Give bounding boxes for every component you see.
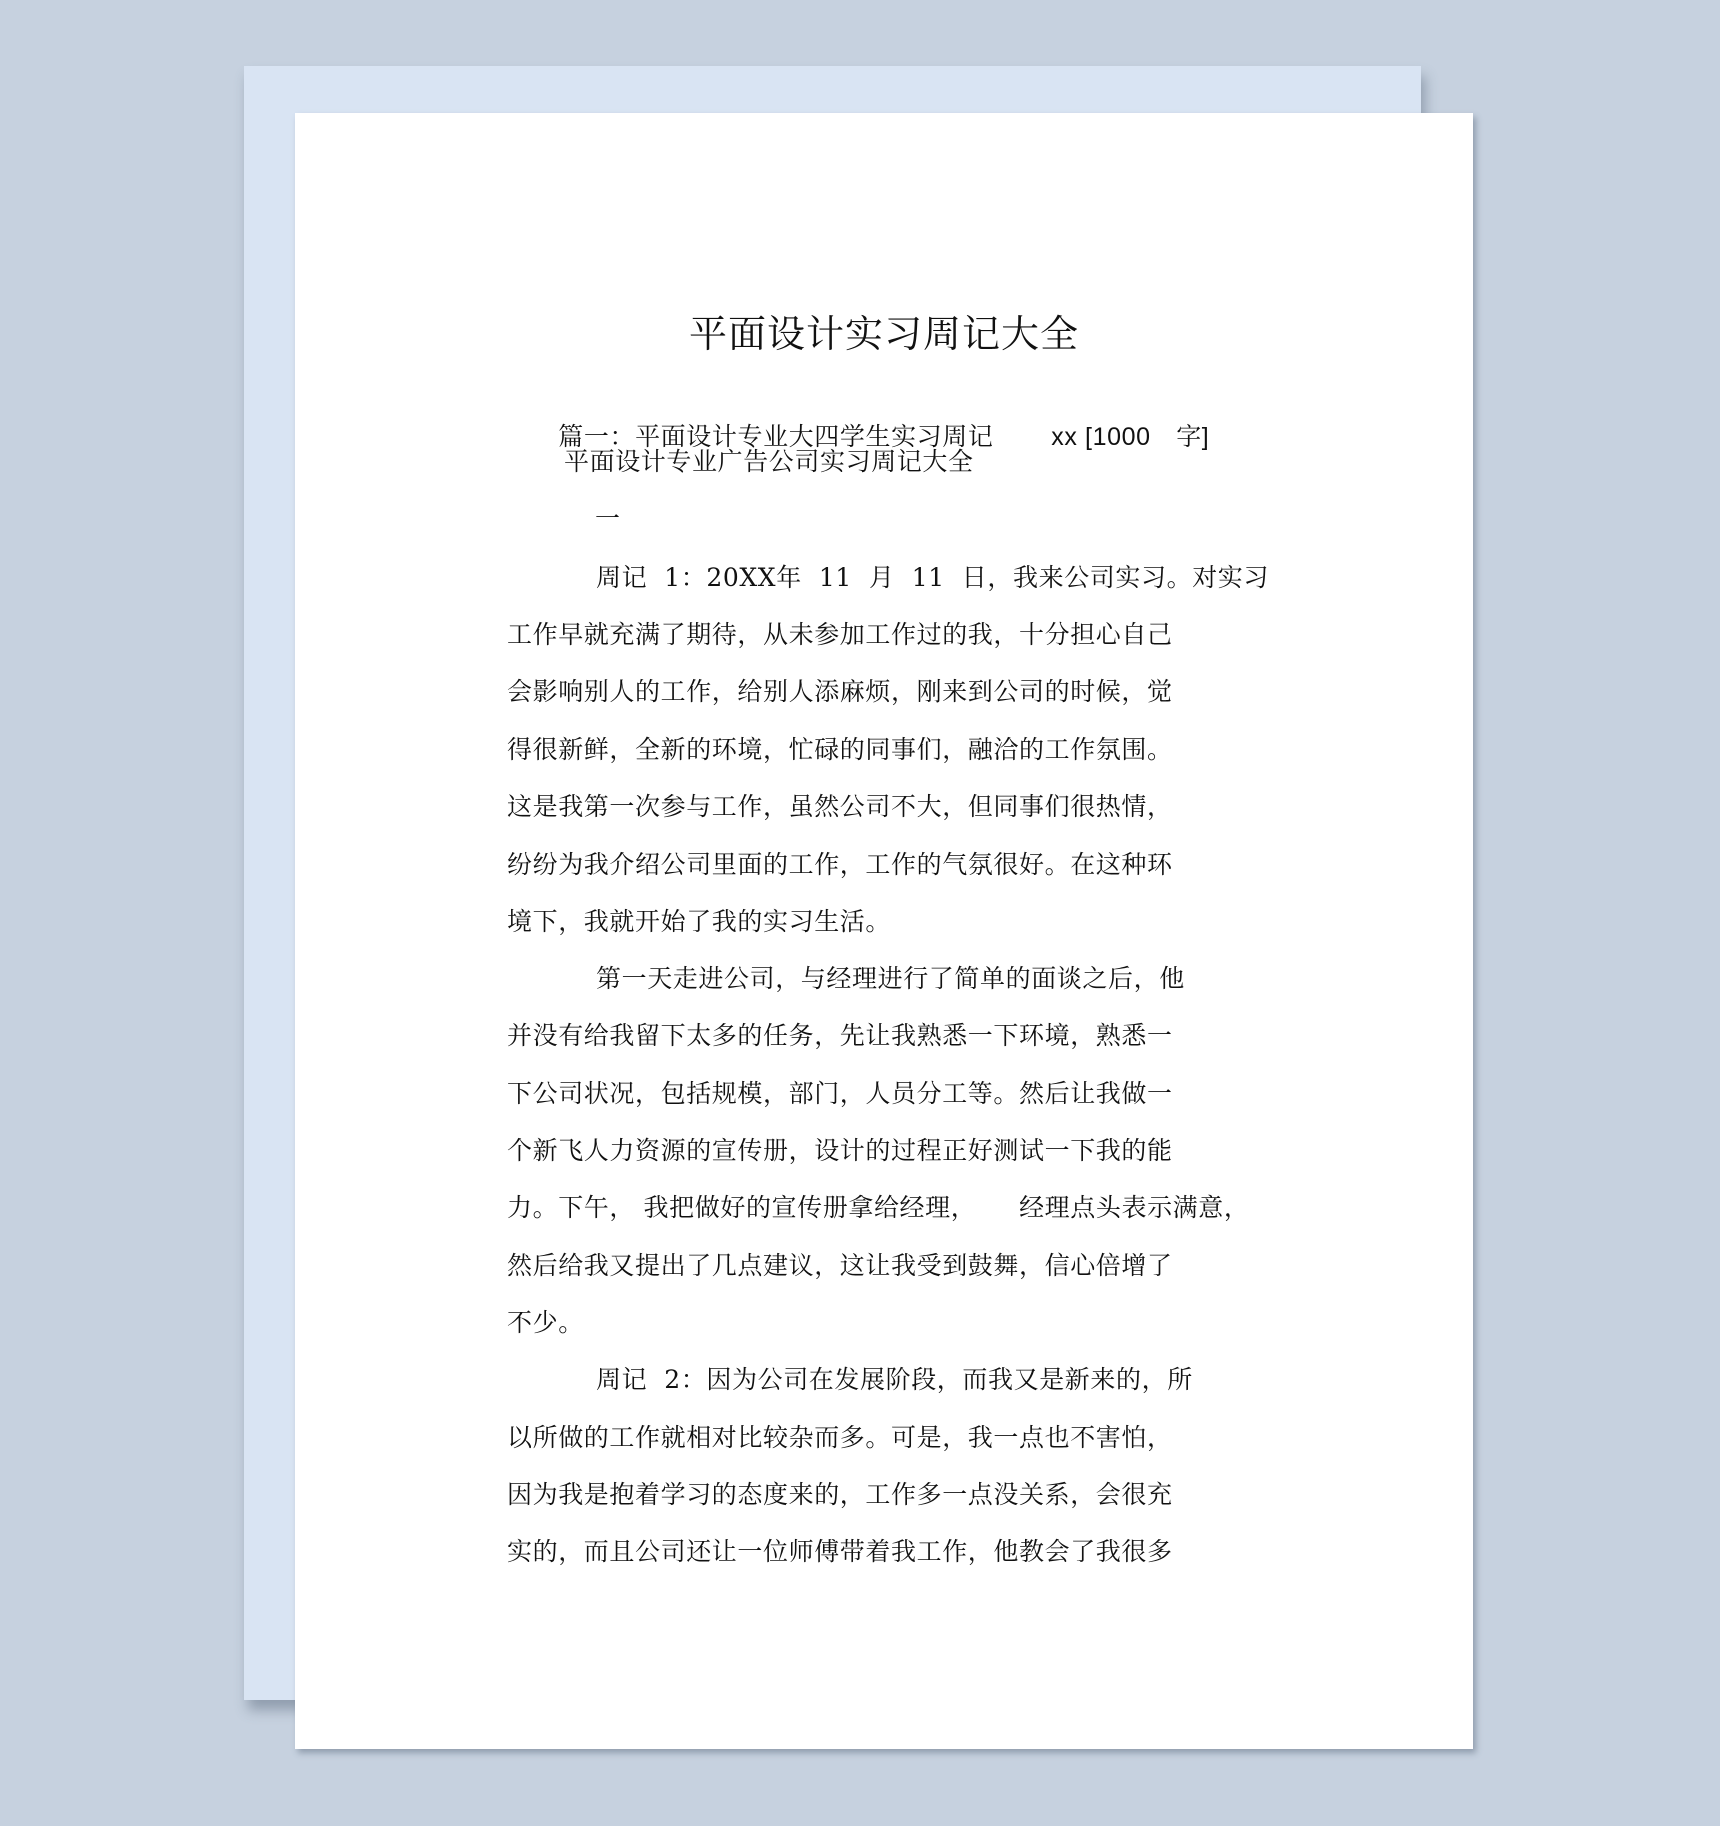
- subheading-word-count: xx [1000 字]: [1006, 389, 1209, 485]
- paragraph-line: 实的，而且公司还让一位师傅带着我工作，他教会了我很多: [507, 1536, 1173, 1568]
- document-title-text: 平面设计实习周记大全: [689, 311, 1079, 357]
- document-body: 平面设计实习周记大全 篇一：平面设计专业大四学生实习周记 xx [1000 字]…: [295, 113, 1473, 1749]
- paragraph-line: 因为我是抱着学习的态度来的，工作多一点没关系，会很充: [507, 1479, 1173, 1511]
- paragraph-line: 下公司状况，包括规模，部门，人员分工等。然后让我做一: [507, 1078, 1173, 1110]
- paragraph-line: 然后给我又提出了几点建议，这让我受到鼓舞，信心倍增了: [507, 1250, 1173, 1282]
- paragraph-line: 并没有给我留下太多的任务，先让我熟悉一下环境，熟悉一: [507, 1020, 1173, 1052]
- paragraph-line: 不少。: [507, 1307, 584, 1339]
- paragraph-line: 会影响别人的工作，给别人添麻烦，刚来到公司的时候，觉: [507, 676, 1173, 708]
- paragraph-line: 得很新鲜，全新的环境，忙碌的同事们，融洽的工作氛围。: [507, 734, 1173, 766]
- section-number: 一: [595, 503, 621, 535]
- section-title: 平面设计专业广告公司实习周记大全: [564, 446, 974, 478]
- subheading-meta: xx [1000 字]: [1051, 423, 1209, 451]
- document-page: 平面设计实习周记大全 篇一：平面设计专业大四学生实习周记 xx [1000 字]…: [295, 113, 1473, 1749]
- paragraph-line: 第一天走进公司，与经理进行了简单的面谈之后，他: [596, 963, 1185, 995]
- paragraph-line: 力。下午， 我把做好的宣传册拿给经理， 经理点头表示满意，: [507, 1192, 1249, 1224]
- paragraph-line: 个新飞人力资源的宣传册，设计的过程正好测试一下我的能: [507, 1135, 1173, 1167]
- paragraph-line: 以所做的工作就相对比较杂而多。可是，我一点也不害怕，: [507, 1422, 1173, 1454]
- paragraph-line: 境下，我就开始了我的实习生活。: [507, 906, 891, 938]
- document-title: 平面设计实习周记大全: [295, 311, 1473, 357]
- paragraph-line: 工作早就充满了期待，从未参加工作过的我，十分担心自己: [507, 619, 1173, 651]
- paragraph-line: 周记 2：因为公司在发展阶段，而我又是新来的，所: [596, 1364, 1193, 1396]
- paragraph-line: 这是我第一次参与工作，虽然公司不大，但同事们很热情，: [507, 791, 1173, 823]
- paragraph-line: 纷纷为我介绍公司里面的工作，工作的气氛很好。在这种环: [507, 849, 1173, 881]
- paragraph-line: 周记 1：20XX年 11 月 11 日，我来公司实习。对实习: [596, 562, 1269, 594]
